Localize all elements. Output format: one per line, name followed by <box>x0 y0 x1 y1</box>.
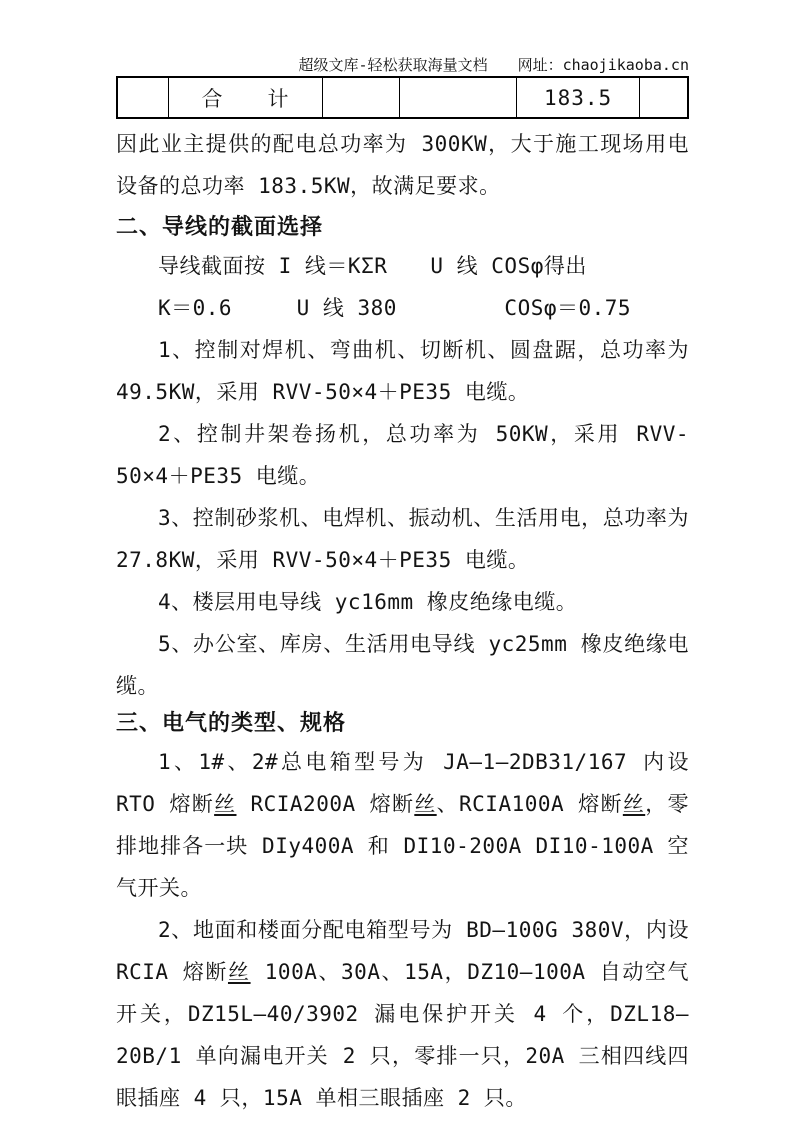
table-cell-empty-2 <box>323 77 400 118</box>
document-page: 超级文库-轻松获取海量文档 网址：chaojikaoba.cn 合 计 183.… <box>0 0 793 1122</box>
table-row: 合 计 183.5 <box>117 77 688 118</box>
table-cell-empty-1 <box>117 77 168 118</box>
heading-section-2: 二、导线的截面选择 <box>116 211 689 245</box>
power-summary-table: 合 计 183.5 <box>116 76 689 119</box>
formula-line-2: K＝0.6 U 线 380 COSφ＝0.75 <box>116 287 689 329</box>
section3-item-1: 1、1#、2#总电箱型号为 JA—1—2DB31/167 内设 RTO 熔断丝 … <box>116 741 689 909</box>
section2-item-3: 3、控制砂浆机、电焊机、振动机、生活用电，总功率为 27.8KW，采用 RVV-… <box>116 497 689 581</box>
paragraph-intro-conclusion: 因此业主提供的配电总功率为 300KW，大于施工现场用电设备的总功率 183.5… <box>116 123 689 207</box>
table-cell-total-value: 183.5 <box>517 77 640 118</box>
section2-item-1: 1、控制对焊机、弯曲机、切断机、圆盘踞，总功率为 49.5KW，采用 RVV-5… <box>116 329 689 413</box>
header-watermark-text: 超级文库-轻松获取海量文档 网址：chaojikaoba.cn <box>299 56 689 77</box>
section2-item-5: 5、办公室、库房、生活用电导线 yc25mm 橡皮绝缘电缆。 <box>116 623 689 707</box>
formula-line-1: 导线截面按 I 线＝KΣR U 线 COSφ得出 <box>116 245 689 287</box>
section2-item-2: 2、控制井架卷扬机，总功率为 50KW，采用 RVV-50×4＋PE35 电缆。 <box>116 413 689 497</box>
section3-item-2: 2、地面和楼面分配电箱型号为 BD—100G 380V，内设 RCIA 熔断丝 … <box>116 909 689 1119</box>
table-cell-empty-4 <box>639 77 688 118</box>
table-cell-total-label: 合 计 <box>168 77 322 118</box>
table-cell-empty-3 <box>400 77 517 118</box>
page-header: 超级文库-轻松获取海量文档 网址：chaojikaoba.cn <box>116 56 689 74</box>
section2-item-4: 4、楼层用电导线 yc16mm 橡皮绝缘电缆。 <box>116 581 689 623</box>
heading-section-3: 三、电气的类型、规格 <box>116 707 689 741</box>
